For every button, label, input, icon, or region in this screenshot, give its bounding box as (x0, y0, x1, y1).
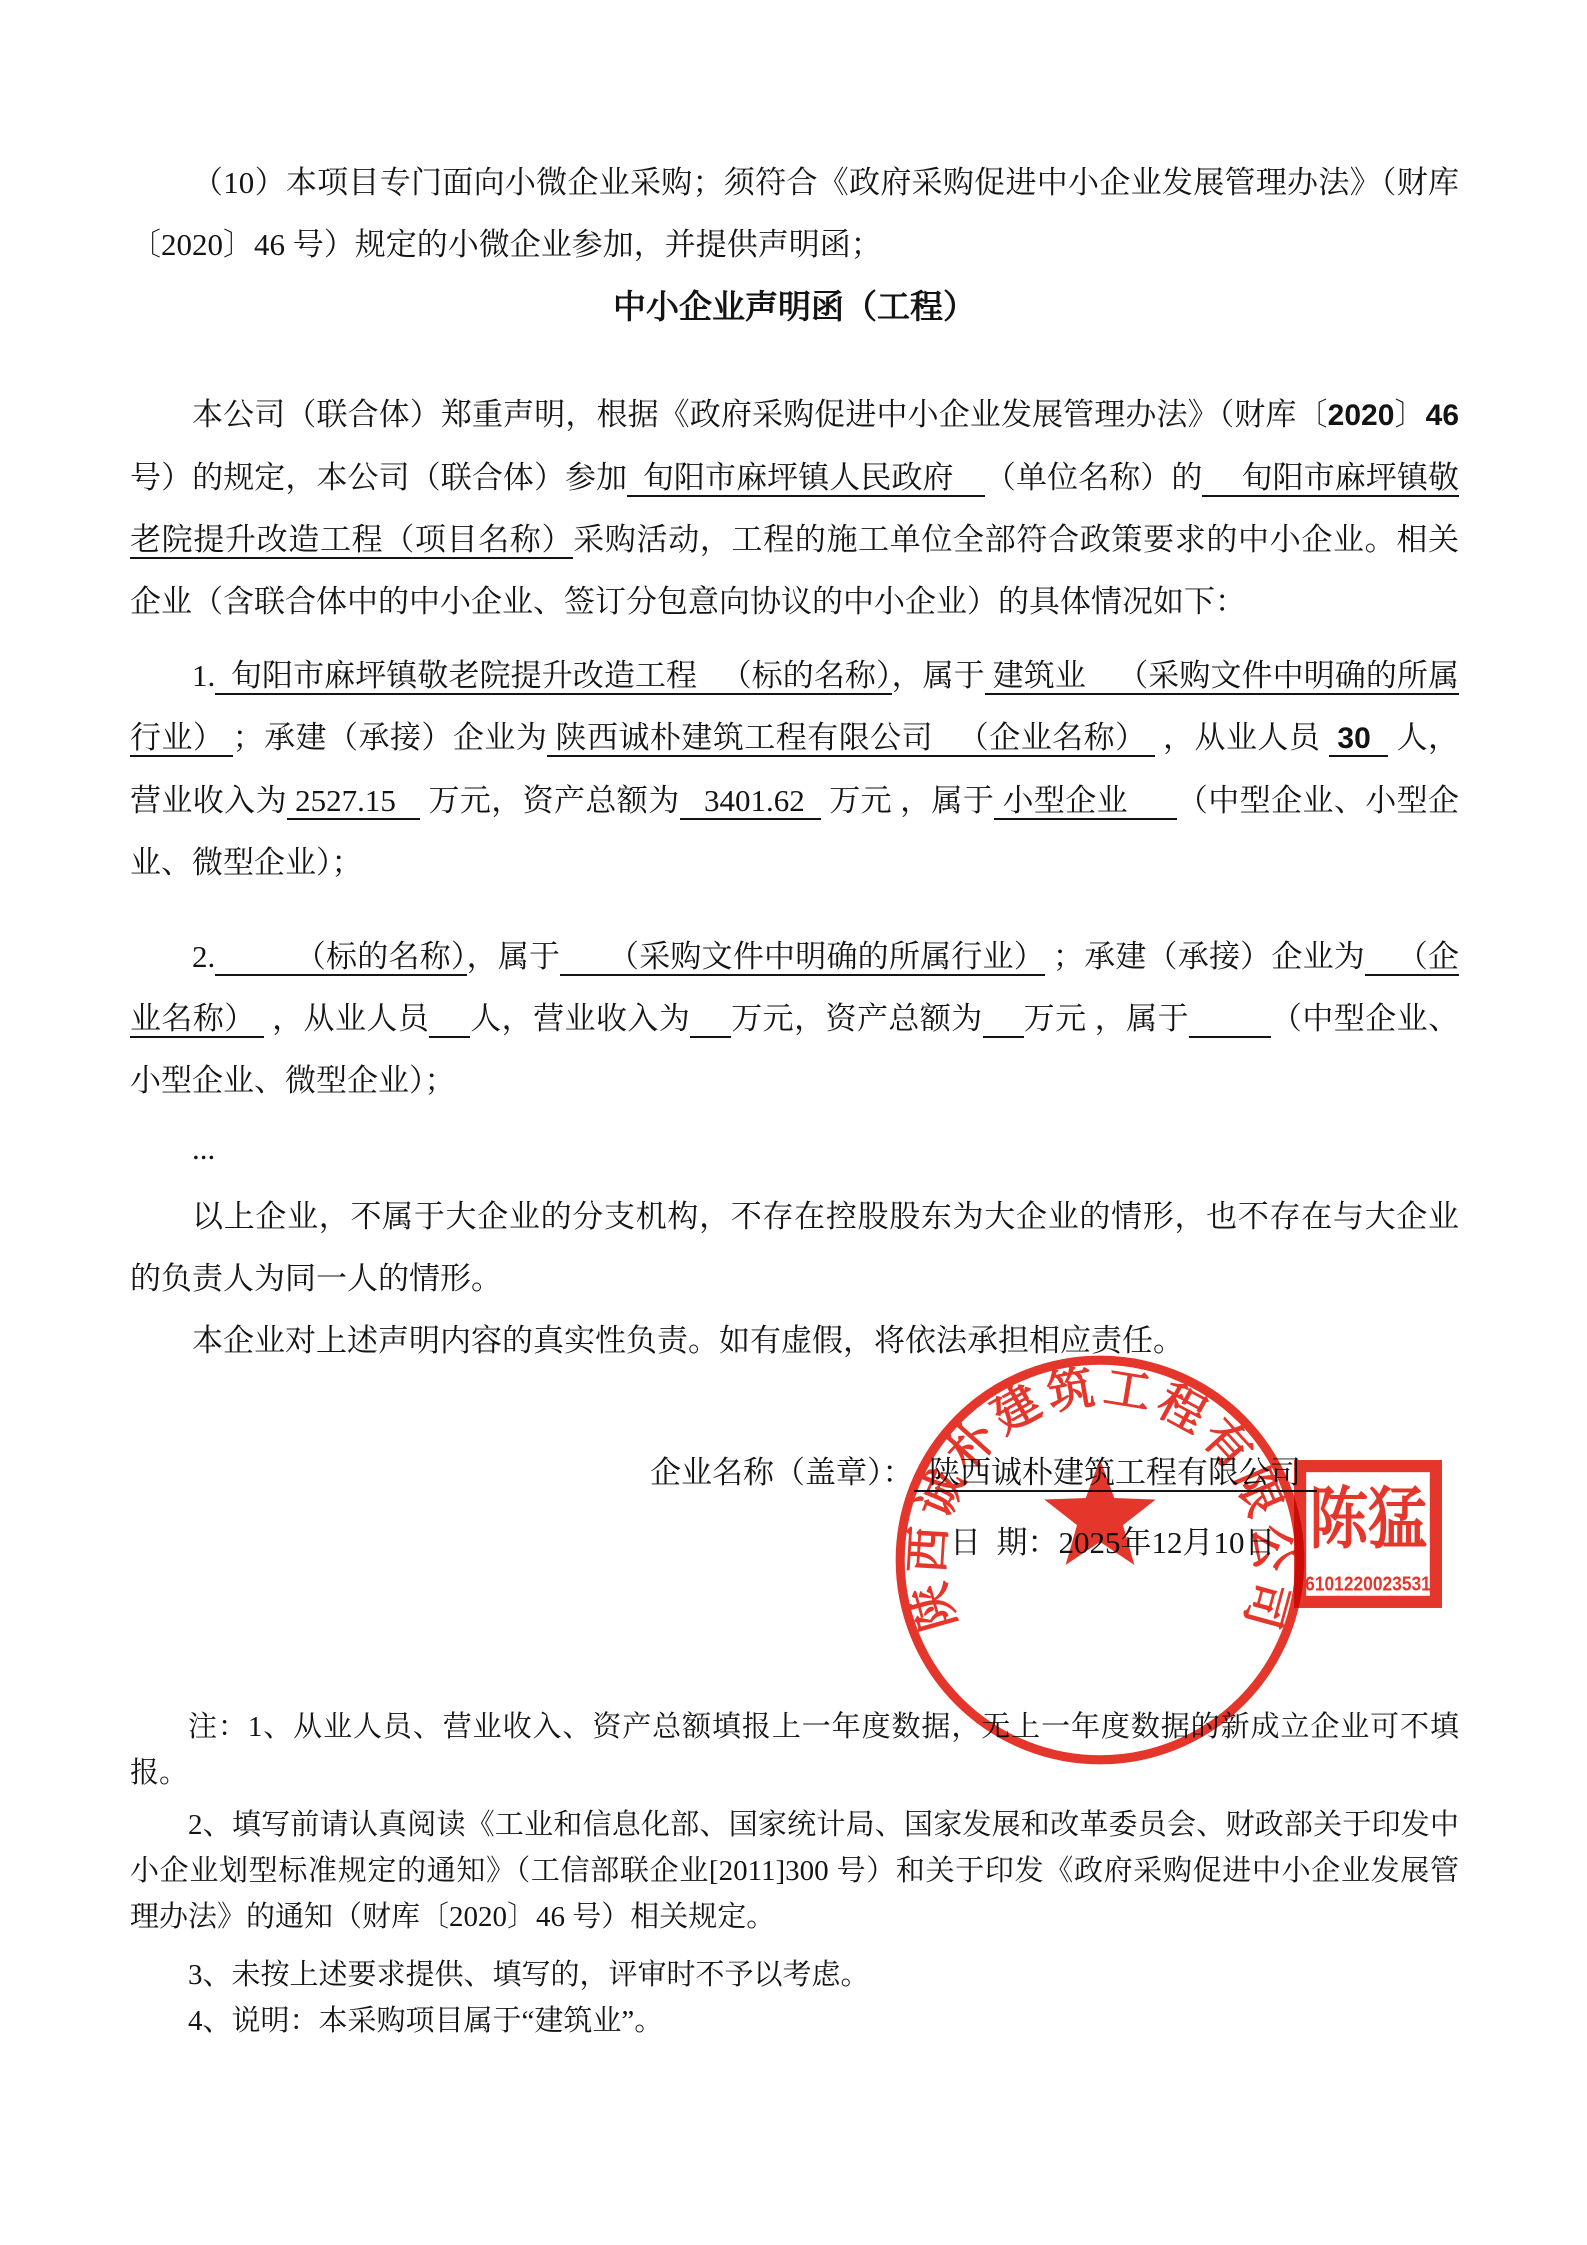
text-segment: ，属于 (892, 658, 985, 693)
text-segment: 2. (192, 939, 215, 974)
text-segment: ，属于 (467, 939, 561, 974)
ellipsis-line: ... (130, 1118, 1459, 1180)
note-4: 4、说明：本采购项目属于“建筑业”。 (130, 1998, 1459, 2044)
text-segment: 旬阳市麻坪镇人民政府 (627, 460, 985, 497)
responsibility-paragraph: 本企业对上述声明内容的真实性负责。如有虚假，将依法承担相应责任。 (130, 1310, 1459, 1372)
text-segment: 2527.15 (287, 783, 420, 820)
paragraph-10: （10）本项目专门面向小微企业采购；须符合《政府采购促进中小企业发展管理办法》（… (130, 152, 1459, 276)
text-segment (690, 1001, 731, 1038)
enterprise-item-2: 2. （标的名称），属于 （采购文件中明确的所属行业） ；承建（承接）企业为 （… (130, 926, 1459, 1112)
note-1: 注：1、从业人员、营业收入、资产总额填报上一年度数据，无上一年度数据的新成立企业… (130, 1704, 1459, 1796)
text-segment: （单位名称）的 (985, 460, 1203, 495)
notes-section: 注：1、从业人员、营业收入、资产总额填报上一年度数据，无上一年度数据的新成立企业… (130, 1704, 1459, 2044)
text-segment: 万元 ，属于 (821, 783, 994, 818)
date-label: 日 期： (950, 1525, 1059, 1560)
text-segment: 1. (192, 658, 215, 693)
text-segment: （标的名称） (215, 939, 466, 976)
company-name-value: 陕西诚朴建筑工程有限公司 (914, 1455, 1317, 1492)
date-line: 日 期：2025年12月10日 (950, 1512, 1459, 1574)
text-segment (429, 1001, 470, 1038)
no-big-enterprise-paragraph: 以上企业，不属于大企业的分支机构，不存在控股股东为大企业的情形，也不存在与大企业… (130, 1186, 1459, 1310)
company-name-label: 企业名称（盖章）： (650, 1455, 914, 1490)
text-segment: 〕 (1394, 397, 1425, 432)
text-segment: ，从业人员 (1155, 720, 1329, 755)
text-segment: 小型企业 (994, 783, 1177, 820)
seal-person-number: 6101220023531 (1305, 1574, 1431, 1596)
note-3: 3、未按上述要求提供、填写的，评审时不予以考虑。 (130, 1952, 1459, 1998)
text-segment: （采购文件中明确的所属行业） (560, 939, 1045, 976)
text-segment: 万元 ，属于 (1024, 1001, 1189, 1036)
declaration-paragraph: 本公司（联合体）郑重声明，根据《政府采购促进中小企业发展管理办法》（财库〔202… (130, 384, 1459, 633)
document-page: （10）本项目专门面向小微企业采购；须符合《政府采购促进中小企业发展管理办法》（… (0, 0, 1587, 2245)
note-2: 2、填写前请认真阅读《工业和信息化部、国家统计局、国家发展和改革委员会、财政部关… (130, 1802, 1459, 1940)
text-segment: ，从业人员 (264, 1001, 429, 1036)
text-segment (1189, 1001, 1271, 1038)
enterprise-item-1: 1. 旬阳市麻坪镇敬老院提升改造工程 （标的名称），属于 建筑业 （采购文件中明… (130, 645, 1459, 894)
text-segment: 旬阳市麻坪镇敬老院提升改造工程 （标的名称） (215, 658, 891, 695)
text-segment: （10）本项目专门面向小微企业采购；须符合《政府采购促进中小企业发展管理办法》（… (130, 165, 1459, 262)
text-segment: 陕西诚朴建筑工程有限公司 （企业名称） (547, 720, 1155, 757)
company-name-line: 企业名称（盖章）： 陕西诚朴建筑工程有限公司 (650, 1442, 1459, 1504)
text-segment: 号）的规定，本公司（联合体）参加 (130, 460, 627, 495)
text-segment: ；承建（承接）企业为 (233, 720, 548, 755)
text-segment: 人，营业收入为 (470, 1001, 690, 1036)
text-segment: 本公司（联合体）郑重声明，根据《政府采购促进中小企业发展管理办法》（财库〔 (192, 397, 1328, 432)
text-segment: 30 (1329, 722, 1389, 757)
text-segment: 2020 (1328, 399, 1395, 432)
date-value: 2025年12月10日 (1059, 1525, 1276, 1560)
document-title: 中小企业声明函（工程） (130, 276, 1459, 338)
text-segment: ；承建（承接）企业为 (1045, 939, 1365, 974)
text-segment: 万元，资产总额为 (420, 783, 679, 818)
text-segment (983, 1001, 1024, 1038)
text-segment: 3401.62 (680, 783, 821, 820)
text-segment: 万元，资产总额为 (731, 1001, 982, 1036)
text-segment: 46 (1426, 399, 1459, 432)
